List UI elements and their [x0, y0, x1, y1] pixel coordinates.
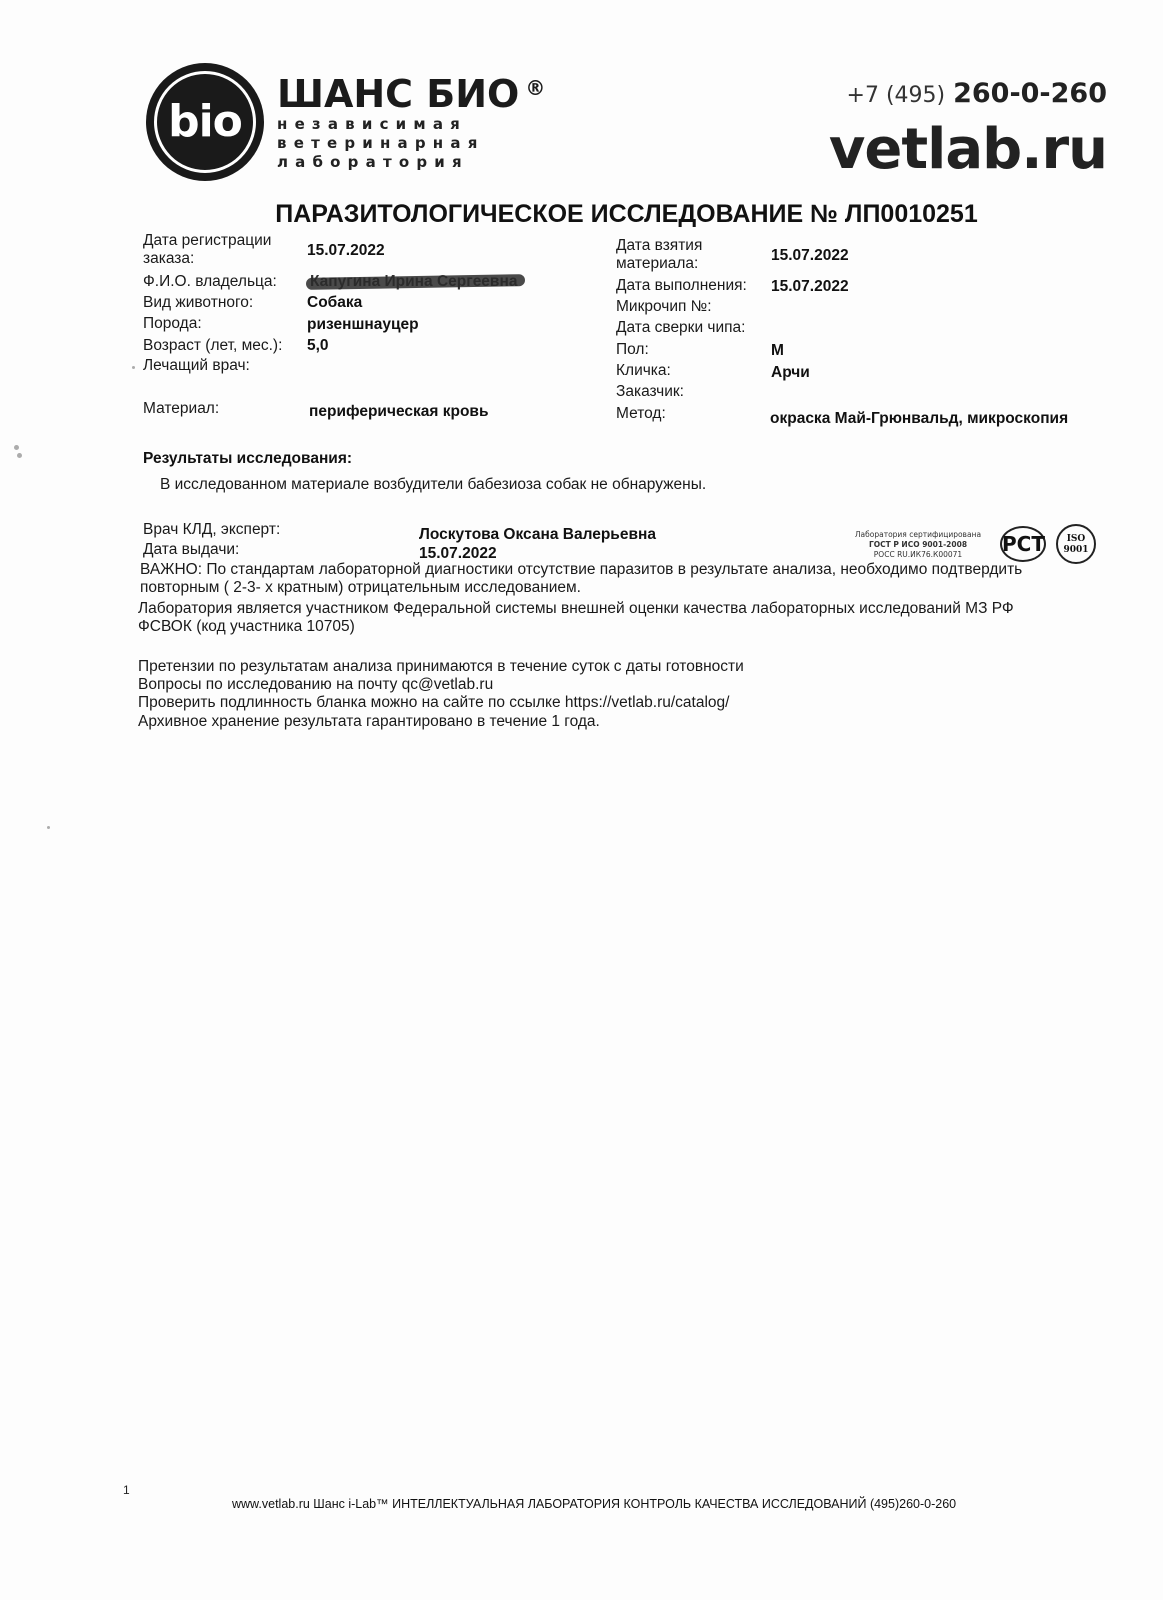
- phone-number: +7 (495) 260-0-260: [847, 78, 1107, 109]
- results-text: В исследованном материале возбудители ба…: [160, 476, 706, 494]
- redacted-owner-name: Капугина Ирина Сергеевна: [310, 273, 517, 291]
- brand-subtitle-1: независимая: [277, 115, 467, 133]
- brand-name: ШАНС БИО®: [277, 72, 545, 116]
- field-label-doctor: Лечащий врач:: [143, 357, 250, 375]
- field-label-material: Материал:: [143, 400, 219, 418]
- phone-prefix: +7 (495): [847, 83, 946, 108]
- field-value-pet-name: Арчи: [771, 364, 810, 382]
- field-label-method: Метод:: [616, 405, 666, 423]
- fsvok-line2: ФСВОК (код участника 10705): [138, 618, 355, 636]
- document-title: ПАРАЗИТОЛОГИЧЕСКОЕ ИССЛЕДОВАНИЕ № ЛП0010…: [0, 200, 1163, 229]
- website: vetlab.ru: [829, 117, 1107, 182]
- fsvok-line1: Лаборатория является участником Федераль…: [138, 600, 1014, 618]
- brand-name-text: ШАНС БИО: [277, 72, 519, 116]
- label-line: Дата регистрации: [143, 232, 271, 250]
- label-line: Дата взятия: [616, 237, 702, 255]
- field-value-breed: ризеншнауцер: [307, 316, 419, 334]
- registered-mark: ®: [525, 76, 545, 100]
- archive-note: Архивное хранение результата гарантирова…: [138, 713, 600, 731]
- field-label-age: Возраст (лет, мес.):: [143, 337, 282, 355]
- logo-text: bio: [146, 96, 264, 147]
- label-line: заказа:: [143, 250, 271, 268]
- cert-line: Лаборатория сертифицирована: [838, 530, 998, 540]
- scan-speck: [132, 366, 135, 369]
- field-label-chip-check-date: Дата сверки чипа:: [616, 319, 745, 337]
- field-label-customer: Заказчик:: [616, 383, 684, 401]
- cert-standard: ГОСТ Р ИСО 9001-2008: [838, 540, 998, 550]
- issue-date-label: Дата выдачи:: [143, 541, 239, 559]
- field-value-material: периферическая кровь: [309, 403, 488, 421]
- logo-icon: bio: [146, 63, 264, 181]
- field-value-completion-date: 15.07.2022: [771, 278, 849, 296]
- certification-text: Лаборатория сертифицирована ГОСТ Р ИСО 9…: [838, 530, 998, 560]
- scan-speck: [17, 453, 22, 458]
- questions-note: Вопросы по исследованию на почту qc@vetl…: [138, 676, 493, 694]
- results-heading: Результаты исследования:: [143, 450, 352, 468]
- field-value-owner: Капугина Ирина Сергеевна: [310, 273, 517, 291]
- label-line: материала:: [616, 255, 702, 273]
- phone-main: 260-0-260: [953, 78, 1107, 109]
- field-label-registration-date: Дата регистрации заказа:: [143, 232, 271, 268]
- footer-text: www.vetlab.ru Шанс i-Lab™ ИНТЕЛЛЕКТУАЛЬН…: [232, 1497, 956, 1511]
- field-value-species: Собака: [307, 294, 362, 312]
- cert-number: РОСС RU.ИК76.К00071: [838, 550, 998, 560]
- field-label-species: Вид животного:: [143, 294, 253, 312]
- field-value-method: окраска Май-Грюнвальд, микроскопия: [770, 410, 1068, 428]
- field-label-breed: Порода:: [143, 315, 202, 333]
- important-note-line2: повторным ( 2-3- х кратным) отрицательны…: [140, 579, 581, 597]
- field-value-sex: М: [771, 342, 784, 360]
- field-label-sample-date: Дата взятия материала:: [616, 237, 702, 273]
- scan-speck: [47, 826, 50, 829]
- iso-certification-icon: ISO 9001: [1056, 524, 1096, 564]
- verify-note: Проверить подлинность бланка можно на са…: [138, 694, 729, 712]
- field-value-age: 5,0: [307, 337, 329, 355]
- field-value-sample-date: 15.07.2022: [771, 247, 849, 265]
- scan-speck: [14, 445, 19, 450]
- important-note-line1: ВАЖНО: По стандартам лабораторной диагно…: [140, 561, 1022, 579]
- field-label-sex: Пол:: [616, 341, 649, 359]
- field-label-pet-name: Кличка:: [616, 362, 671, 380]
- field-label-owner: Ф.И.О. владельца:: [143, 273, 277, 291]
- field-value-registration-date: 15.07.2022: [307, 242, 385, 260]
- claims-note: Претензии по результатам анализа принима…: [138, 658, 744, 676]
- doctor-name: Лоскутова Оксана Валерьевна: [419, 526, 656, 544]
- brand-subtitle-2: ветеринарная: [277, 134, 485, 152]
- brand-subtitle-3: лаборатория: [277, 153, 469, 171]
- page-number: 1: [123, 1483, 130, 1497]
- rst-certification-icon: РСТ: [1000, 526, 1046, 562]
- doctor-label: Врач КЛД, эксперт:: [143, 521, 280, 539]
- field-label-microchip: Микрочип №:: [616, 298, 712, 316]
- field-label-completion-date: Дата выполнения:: [616, 277, 747, 295]
